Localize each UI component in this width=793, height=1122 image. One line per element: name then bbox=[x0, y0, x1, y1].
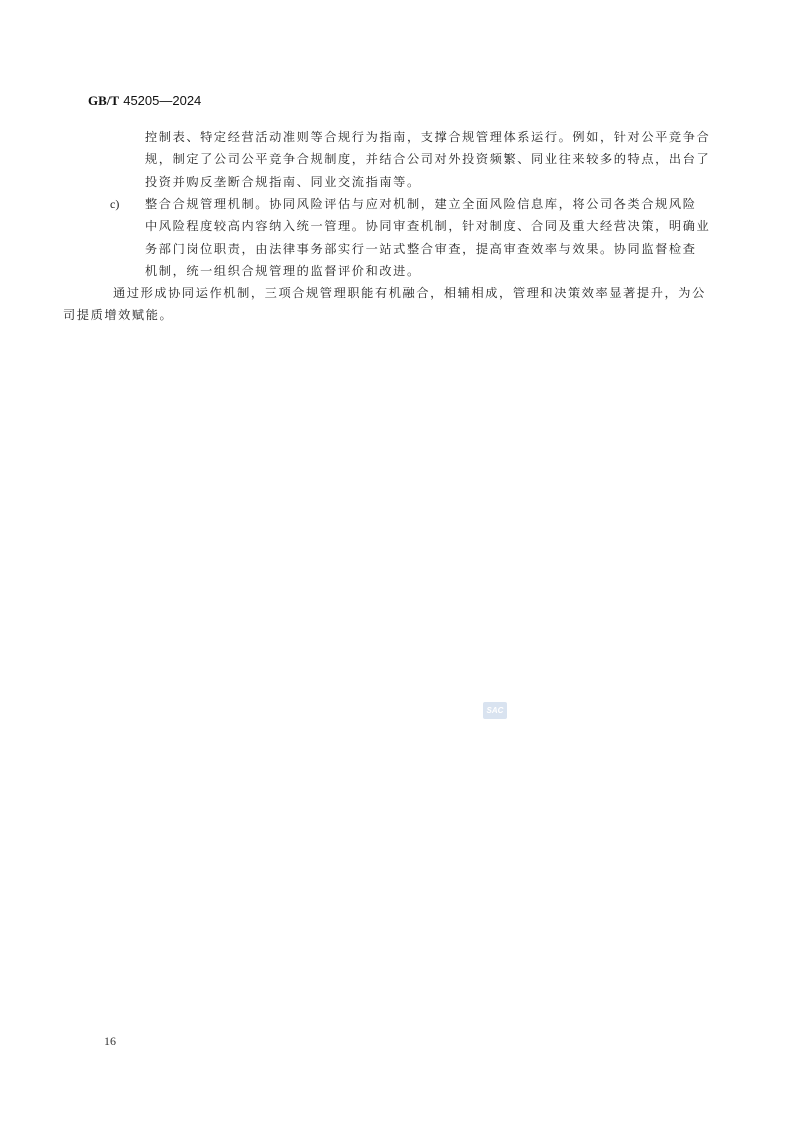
text-line: 中风险程度较高内容纳入统一管理。协同审查机制，针对制度、合同及重大经营决策，明确… bbox=[145, 215, 710, 237]
list-item-label: c) bbox=[110, 193, 119, 215]
text-line: 整合合规管理机制。协同风险评估与应对机制，建立全面风险信息库，将公司各类合规风险 bbox=[145, 193, 710, 215]
sac-watermark-logo: SAC bbox=[483, 702, 507, 719]
paragraph-continued: 控制表、特定经营活动准则等合规行为指南，支撑合规管理体系运行。例如，针对公平竞争… bbox=[145, 126, 710, 193]
page-number: 16 bbox=[104, 1034, 116, 1049]
text-line: 司提质增效赋能。 bbox=[88, 304, 710, 326]
text-line: 务部门岗位职责，由法律事务部实行一站式整合审查，提高审查效率与效果。协同监督检查 bbox=[145, 238, 710, 260]
list-item-body: 整合合规管理机制。协同风险评估与应对机制，建立全面风险信息库，将公司各类合规风险… bbox=[145, 193, 710, 282]
text-line: 机制，统一组织合规管理的监督评价和改进。 bbox=[145, 260, 710, 282]
text-line: 通过形成协同运作机制，三项合规管理职能有机融合，相辅相成，管理和决策效率显著提升… bbox=[88, 282, 710, 304]
standard-number: 45205—2024 bbox=[123, 93, 201, 108]
standard-prefix: GB/T bbox=[88, 93, 119, 108]
paragraph-summary: 通过形成协同运作机制，三项合规管理职能有机融合，相辅相成，管理和决策效率显著提升… bbox=[88, 282, 710, 327]
text-line: 投资并购反垄断合规指南、同业交流指南等。 bbox=[145, 171, 710, 193]
text-line: 规，制定了公司公平竞争合规制度，并结合公司对外投资频繁、同业往来较多的特点，出台… bbox=[145, 148, 710, 170]
text-line: 控制表、特定经营活动准则等合规行为指南，支撑合规管理体系运行。例如，针对公平竞争… bbox=[145, 126, 710, 148]
standard-header: GB/T 45205—2024 bbox=[88, 93, 201, 109]
